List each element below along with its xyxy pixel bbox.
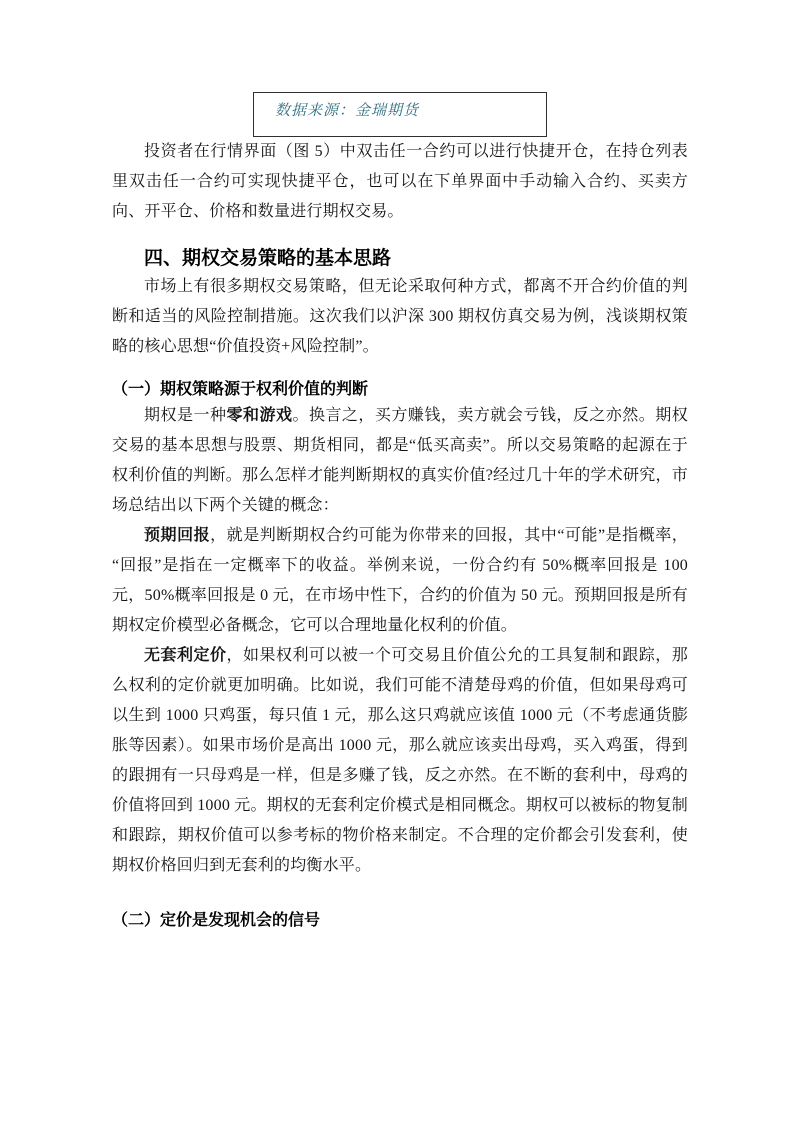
paragraph-quick-trade: 投资者在行情界面（图 5）中双击任一合约可以进行快捷开仓，在持仓列表里双击任一合… — [112, 137, 688, 227]
paragraph-strategy-overview: 市场上有很多期权交易策略，但无论采取何种方式，都离不开合约价值的判断和适当的风险… — [112, 272, 688, 362]
document-page: 数据来源：金瑞期货 投资者在行情界面（图 5）中双击任一合约可以进行快捷开仓，在… — [0, 0, 800, 1131]
subheading-value-judgement: （一）期权策略源于权利价值的判断 — [112, 379, 688, 401]
document-content: 数据来源：金瑞期货 投资者在行情界面（图 5）中双击任一合约可以进行快捷开仓，在… — [112, 92, 688, 932]
paragraph-no-arbitrage-pricing: 无套利定价，如果权利可以被一个可交易且价值公允的工具复制和跟踪，那么权利的定价就… — [112, 641, 688, 881]
subheading-pricing-signal: （二）定价是发现机会的信号 — [112, 910, 688, 932]
data-source-box: 数据来源：金瑞期货 — [253, 92, 547, 137]
paragraph-expected-return: 预期回报，就是判断期权合约可能为你带来的回报，其中“可能”是指概率，“回报”是指… — [112, 521, 688, 641]
section-heading-4: 四、期权交易策略的基本思路 — [112, 246, 688, 272]
paragraph-zero-sum-game: 期权是一种零和游戏。换言之，买方赚钱，卖方就会亏钱，反之亦然。期权交易的基本思想… — [112, 401, 688, 521]
data-source-label: 数据来源：金瑞期货 — [275, 103, 419, 119]
